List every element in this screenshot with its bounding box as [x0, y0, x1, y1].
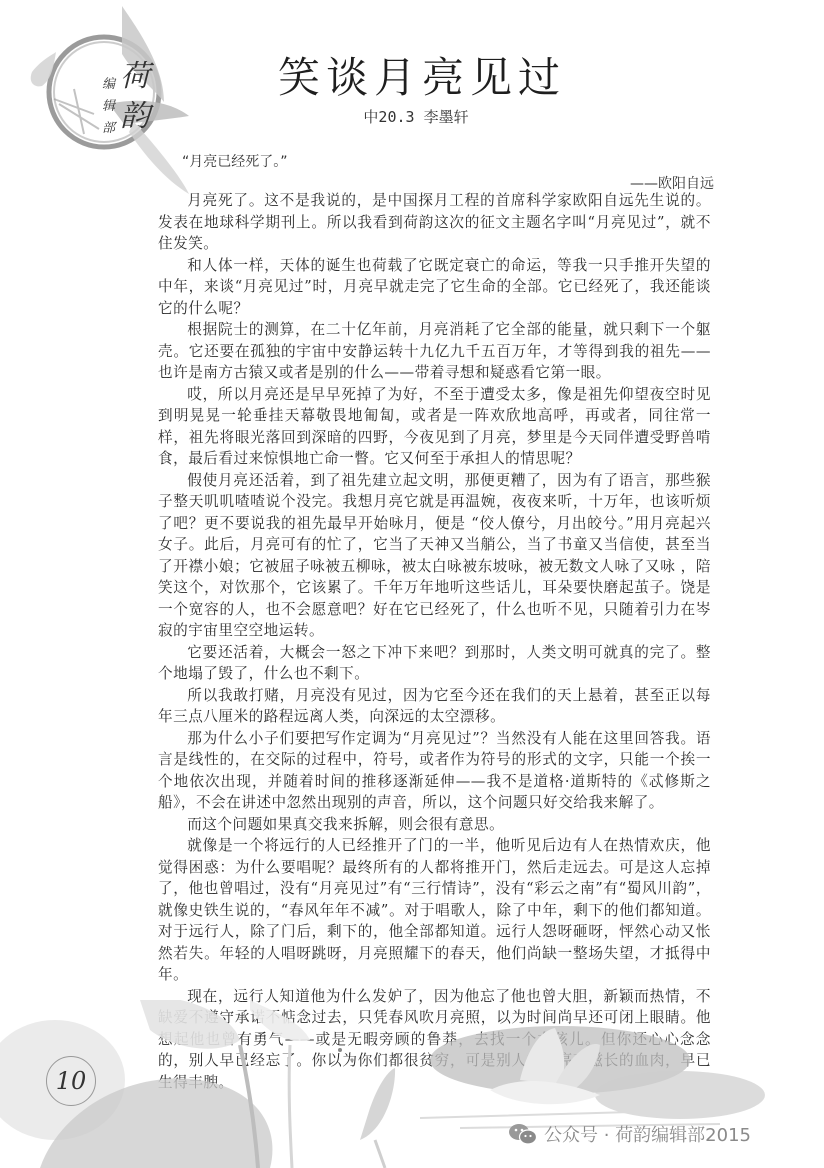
page-number: 10: [46, 1056, 96, 1106]
paragraph: 所以我敢打赌，月亮没有见过，因为它至今还在我们的天上悬着，甚至正以每年三点八厘米…: [158, 685, 711, 728]
article-byline: 中20.3 李墨轩: [0, 106, 824, 127]
article-title: 笑谈月亮见过: [0, 45, 824, 105]
epigraph-quote: “月亮已经死了。”: [182, 151, 288, 171]
paragraph: 就像是一个将远行的人已经推开了门的一半，他听见后边有人在热情欢庆，他觉得困惑：为…: [158, 835, 711, 986]
paragraph: 假使月亮还活着，到了祖先建立起文明，那便更糟了，因为有了语言，那些猴子整天叽叽喳…: [158, 470, 711, 642]
watermark-text: 公众号 · 荷韵编辑部2015: [544, 1121, 751, 1147]
article-body: 月亮死了。这不是我说的，是中国探月工程的首席科学家欧阳自远先生说的。发表在地球科…: [158, 190, 711, 1093]
wechat-watermark: 公众号 · 荷韵编辑部2015: [508, 1121, 751, 1147]
paragraph: 月亮死了。这不是我说的，是中国探月工程的首席科学家欧阳自远先生说的。发表在地球科…: [158, 190, 711, 255]
paragraph: 根据院士的测算，在二十亿年前，月亮消耗了它全部的能量，就只剩下一个躯壳。它还要在…: [158, 319, 711, 384]
paragraph: 和人体一样，天体的诞生也荷载了它既定衰亡的命运，等我一只手推开失望的中年，来谈“…: [158, 255, 711, 320]
paragraph: 而这个问题如果真交我来拆解，则会很有意思。: [158, 814, 711, 836]
paragraph: 哎，所以月亮还是早早死掉了为好，不至于遭受太多，像是祖先仰望夜空时见到明晃晃一轮…: [158, 384, 711, 470]
wechat-icon: [508, 1122, 538, 1146]
paragraph: 那为什么小子们要把写作定调为“月亮见过”？当然没有人能在这里回答我。语言是线性的…: [158, 728, 711, 814]
paragraph: 它要还活着，大概会一怒之下冲下来吧？到那时，人类文明可就真的完了。整个地塌了毁了…: [158, 642, 711, 685]
